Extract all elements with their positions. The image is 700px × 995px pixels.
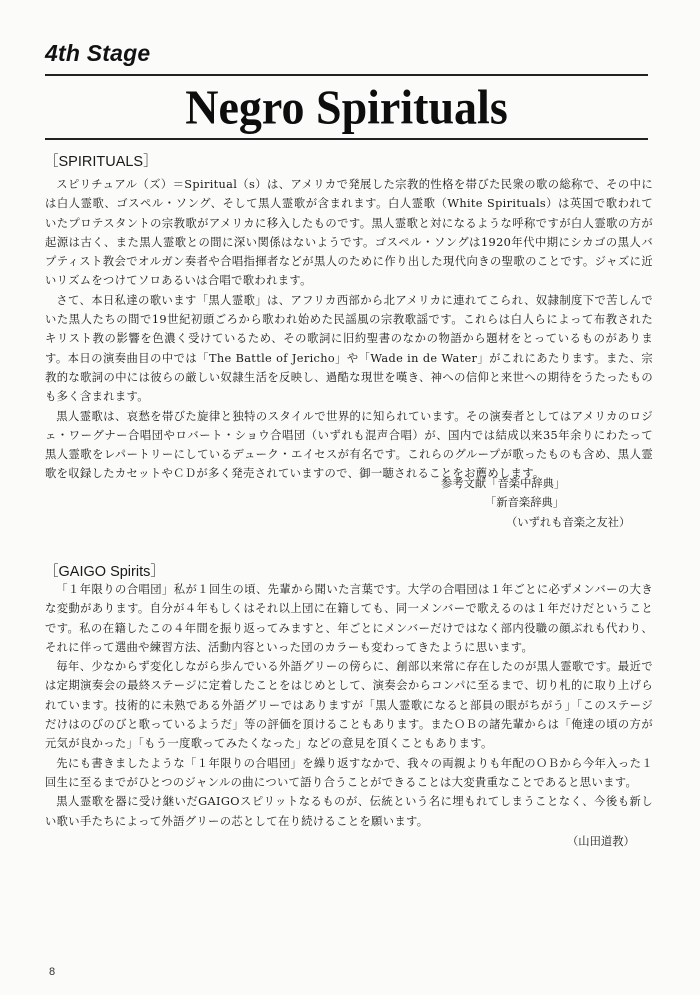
- author-signature: （山田道教）: [567, 832, 635, 851]
- paragraph: 「１年限りの合唱団」私が１回生の頃、先輩から聞いた言葉です。大学の合唱団は１年ご…: [45, 580, 653, 657]
- section-heading-spirituals: ［SPIRITUALS］: [44, 150, 158, 171]
- reference-line: （いずれも音楽之友社）: [441, 513, 630, 532]
- section-heading-gaigo-spirits: ［GAIGO Spirits］: [44, 560, 165, 581]
- paragraph: 先にも書きましたような「１年限りの合唱団」を繰り返すなかで、我々の両親よりも年配…: [45, 754, 653, 793]
- paragraph: さて、本日私達の歌います「黒人霊歌」は、アフリカ西部から北アメリカに連れてこられ…: [45, 291, 653, 407]
- paragraph: 黒人霊歌を器に受け継いだGAIGOスピリットなるものが、伝統という名に埋もれてし…: [45, 792, 653, 831]
- paragraph: スピリチュアル（ズ）＝Spiritual（s）は、アメリカで発展した宗教的性格を…: [45, 175, 653, 291]
- references: 参考文献「音楽中辞典」 「新音楽辞典」 （いずれも音楽之友社）: [441, 474, 630, 532]
- reference-line: 「新音楽辞典」: [441, 493, 630, 512]
- page-number: 8: [49, 966, 55, 978]
- reference-line: 参考文献「音楽中辞典」: [441, 474, 630, 493]
- header-rule-top: [45, 74, 648, 76]
- paragraph: 黒人霊歌は、哀愁を帯びた旋律と独特のスタイルで世界的に知られています。その演奏者…: [45, 407, 653, 484]
- page-title: Negro Spirituals: [45, 81, 648, 136]
- paragraph: 毎年、少なからず変化しながら歩んでいる外語グリーの傍らに、創部以来常に存在したの…: [45, 657, 653, 753]
- section-body-gaigo-spirits: 「１年限りの合唱団」私が１回生の頃、先輩から聞いた言葉です。大学の合唱団は１年ご…: [45, 580, 653, 831]
- section-body-spirituals: スピリチュアル（ズ）＝Spiritual（s）は、アメリカで発展した宗教的性格を…: [45, 175, 653, 484]
- stage-label: 4th Stage: [45, 40, 150, 67]
- header-rule-bottom: [45, 138, 648, 140]
